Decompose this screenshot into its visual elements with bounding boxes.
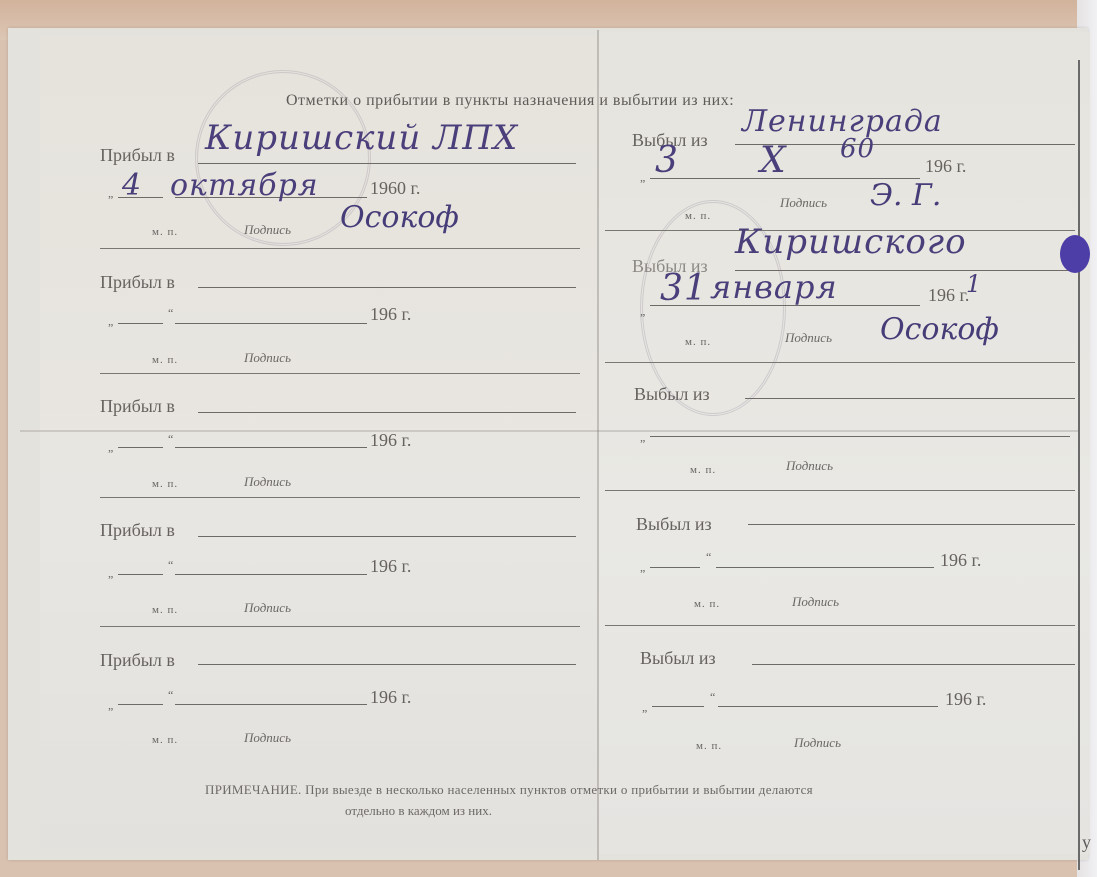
signature-label: Подпись [244, 600, 291, 616]
block-divider [100, 373, 580, 374]
horizontal-fold [20, 430, 1080, 432]
signature-label: Подпись [244, 730, 291, 746]
departure-year: 196 г. [928, 285, 969, 306]
quote-open: „ [108, 440, 113, 455]
note-line-1: ПРИМЕЧАНИЕ. При выезде в несколько насел… [205, 782, 813, 798]
stamp-place-label: м. п. [696, 740, 722, 752]
day-line[interactable] [118, 323, 163, 324]
block-divider [605, 362, 1075, 363]
signature-label: Подпись [244, 474, 291, 490]
block-divider [605, 625, 1075, 626]
place-line[interactable] [198, 412, 576, 413]
place-line[interactable] [198, 664, 576, 665]
departure-signature: Э. Г. [870, 178, 941, 213]
place-line[interactable] [198, 287, 576, 288]
block-divider [100, 497, 580, 498]
quote-open: „ [640, 430, 645, 445]
departure-month: Х [760, 140, 787, 181]
arrival-signature: Осокоф [340, 200, 459, 235]
signature-label: Подпись [244, 222, 291, 238]
quote-close: “ [710, 690, 715, 705]
departure-year: 196 г. [925, 156, 966, 177]
arrival-day: 4 [122, 168, 142, 203]
arrived-label: Прибыл в [100, 396, 175, 417]
vertical-fold [597, 30, 599, 860]
corner-mark: у [1082, 832, 1091, 853]
stamp-place-label: м. п. [690, 464, 716, 476]
stamp-place-label: м. п. [152, 734, 178, 746]
day-line[interactable] [652, 706, 704, 707]
departed-label: Выбыл из [636, 514, 712, 535]
departed-label: Выбыл из [634, 384, 710, 405]
right-border-line [1078, 60, 1080, 870]
arrived-label: Прибыл в [100, 520, 175, 541]
stamp-place-label: м. п. [152, 604, 178, 616]
day-line[interactable] [650, 567, 700, 568]
stamp-place-label: м. п. [152, 226, 178, 238]
page-heading: Отметки о прибытии в пункты назначения и… [286, 92, 734, 110]
signature-label: Подпись [792, 594, 839, 610]
date-line[interactable] [650, 436, 1070, 437]
quote-open: „ [108, 314, 113, 329]
arrival-place: Киришский ЛПХ [205, 118, 518, 158]
month-line[interactable] [175, 447, 367, 448]
block-divider [100, 626, 580, 627]
signature-label: Подпись [794, 735, 841, 751]
arrived-label: Прибыл в [100, 272, 175, 293]
ink-blot [1060, 235, 1090, 273]
quote-open: „ [642, 700, 647, 715]
quote-close: “ [168, 306, 173, 321]
stamp-place-label: м. п. [152, 354, 178, 366]
block-divider [605, 490, 1075, 491]
arrived-label: Прибыл в [100, 145, 175, 166]
signature-label: Подпись [244, 350, 291, 366]
departure-day: 31 [660, 268, 708, 309]
day-line[interactable] [118, 704, 163, 705]
month-line[interactable] [716, 567, 934, 568]
quote-close: “ [168, 688, 173, 703]
stamp-place-label: м. п. [152, 478, 178, 490]
departure-year-hand: 1 [966, 270, 982, 298]
quote-open: „ [108, 186, 113, 201]
arrival-year: 196 г. [370, 687, 411, 708]
month-line[interactable] [718, 706, 938, 707]
arrived-label: Прибыл в [100, 650, 175, 671]
departure-place: Киришского [735, 222, 967, 262]
day-line[interactable] [118, 447, 163, 448]
arrival-year: 196 г. [370, 304, 411, 325]
place-line[interactable] [748, 524, 1075, 525]
month-line[interactable] [175, 574, 367, 575]
stamp-place-label: м. п. [685, 336, 711, 348]
place-line [198, 163, 576, 164]
arrival-year: 196 г. [370, 556, 411, 577]
arrival-month: октября [170, 168, 319, 203]
note-line-2: отдельно в каждом из них. [345, 803, 492, 819]
stamp-place-label: м. п. [685, 210, 711, 222]
block-divider [100, 248, 580, 249]
signature-label: Подпись [786, 458, 833, 474]
month-line[interactable] [175, 323, 367, 324]
quote-close: “ [706, 550, 711, 565]
quote-open: „ [640, 560, 645, 575]
place-line[interactable] [198, 536, 576, 537]
month-line[interactable] [175, 704, 367, 705]
quote-close: “ [168, 558, 173, 573]
quote-open: „ [640, 304, 645, 319]
signature-label: Подпись [780, 195, 827, 211]
departure-signature: Осокоф [880, 312, 999, 347]
departure-year: 196 г. [945, 689, 986, 710]
stamp-place-label: м. п. [694, 598, 720, 610]
arrival-year: 196 г. [370, 430, 411, 451]
quote-open: „ [640, 170, 645, 185]
departure-day: 3 [655, 140, 679, 181]
quote-close: “ [168, 432, 173, 447]
quote-open: „ [108, 698, 113, 713]
place-line[interactable] [752, 664, 1075, 665]
departure-year-hand: 60 [840, 134, 875, 164]
place-line[interactable] [745, 398, 1075, 399]
departure-month: января [710, 268, 838, 306]
signature-label: Подпись [785, 330, 832, 346]
departed-label: Выбыл из [640, 648, 716, 669]
arrival-year: 1960 г. [370, 178, 420, 199]
departure-year: 196 г. [940, 550, 981, 571]
day-line[interactable] [118, 574, 163, 575]
quote-open: „ [108, 566, 113, 581]
